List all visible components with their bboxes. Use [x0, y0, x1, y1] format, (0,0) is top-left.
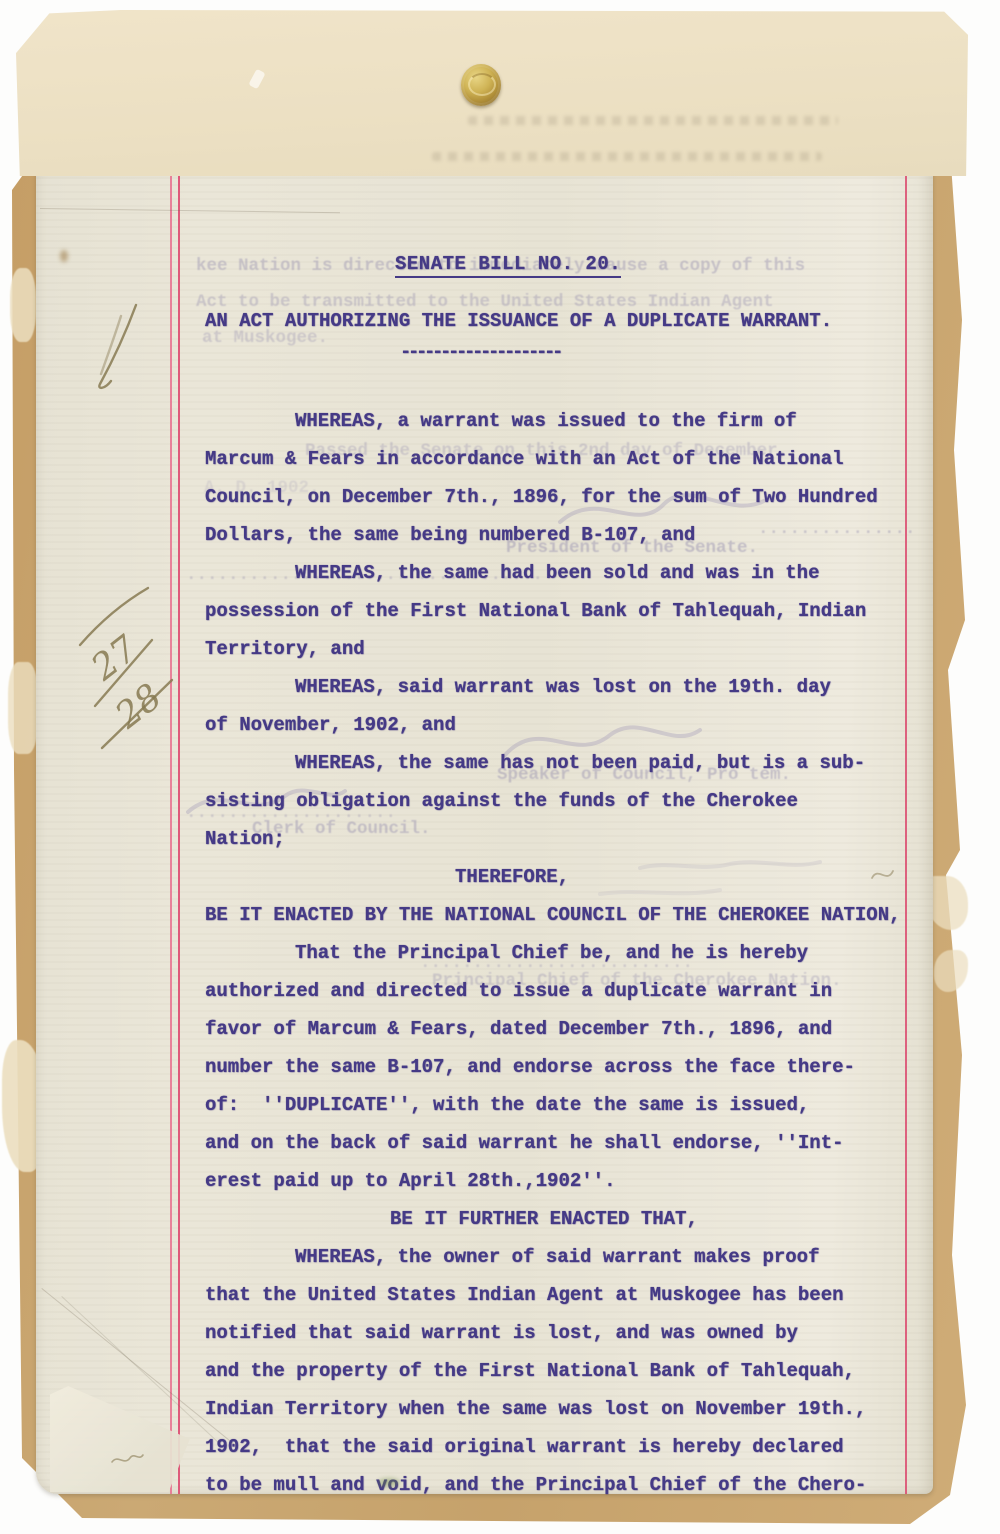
bill-body-text: WHEREAS, a warrant was issued to the fir… — [205, 402, 905, 1504]
typed-line: WHEREAS, the same had been sold and was … — [205, 554, 905, 592]
typed-line: BE IT ENACTED BY THE NATIONAL COUNCIL OF… — [205, 896, 905, 934]
typed-line: notified that said warrant is lost, and … — [205, 1314, 905, 1352]
torn-paper-patch — [8, 662, 38, 754]
typed-line: authorized and directed to issue a dupli… — [205, 972, 905, 1010]
typed-line: That the Principal Chief be, and he is h… — [205, 934, 905, 972]
typed-line: and the property of the First National B… — [205, 1352, 905, 1390]
typed-line: possession of the First National Bank of… — [205, 592, 905, 630]
typed-line: 1902, that the said original warrant is … — [205, 1428, 905, 1466]
stain — [60, 250, 68, 262]
torn-paper-patch — [10, 268, 36, 342]
typed-line: Dollars, the same being numbered B-107, … — [205, 516, 905, 554]
typed-line: Nation; — [205, 820, 905, 858]
typed-line: WHEREAS, a warrant was issued to the fir… — [205, 402, 905, 440]
act-subtitle: AN ACT AUTHORIZING THE ISSUANCE OF A DUP… — [205, 310, 832, 332]
typed-impression — [468, 116, 838, 125]
bill-title: SENATE BILL NO. 20. — [395, 253, 621, 278]
typed-line: to be mull and void, and the Principal C… — [205, 1466, 905, 1504]
scanned-document: kee Nation is directed to immediately ca… — [0, 0, 1000, 1534]
typed-line: of November, 1902, and — [205, 706, 905, 744]
typed-line: WHEREAS, the owner of said warrant makes… — [205, 1238, 905, 1276]
left-margin-line-inner — [178, 170, 180, 1494]
paper-crease — [40, 208, 340, 213]
typed-line: Territory, and — [205, 630, 905, 668]
typed-divider-line: -------------------- — [400, 341, 560, 363]
typed-line: BE IT FURTHER ENACTED THAT, — [205, 1200, 905, 1238]
typed-line: and on the back of said warrant he shall… — [205, 1124, 905, 1162]
typed-line: Indian Territory when the same was lost … — [205, 1390, 905, 1428]
brass-fastener — [461, 64, 501, 106]
paper-speck — [248, 69, 265, 90]
typed-line: THEREFORE, — [205, 858, 905, 896]
fastener-highlight — [468, 73, 496, 96]
green-smudge — [378, 1478, 400, 1487]
typed-line: favor of Marcum & Fears, dated December … — [205, 1010, 905, 1048]
typed-impression — [432, 152, 822, 161]
typed-line: Council, on December 7th., 1896, for the… — [205, 478, 905, 516]
typed-line: WHEREAS, said warrant was lost on the 19… — [205, 668, 905, 706]
typed-line: that the United States Indian Agent at M… — [205, 1276, 905, 1314]
typed-line: WHEREAS, the same has not been paid, but… — [205, 744, 905, 782]
left-margin-line-outer — [170, 170, 172, 1494]
cover-sheet — [16, 10, 968, 176]
torn-paper-patch — [934, 950, 968, 992]
typed-line: Marcum & Fears in accordance with an Act… — [205, 440, 905, 478]
typed-line: sisting obligation against the funds of … — [205, 782, 905, 820]
typed-line: erest paid up to April 28th.,1902''. — [205, 1162, 905, 1200]
typed-line: number the same B-107, and endorse acros… — [205, 1048, 905, 1086]
right-margin-line — [905, 170, 907, 1494]
typed-line: of: ''DUPLICATE'', with the date the sam… — [205, 1086, 905, 1124]
